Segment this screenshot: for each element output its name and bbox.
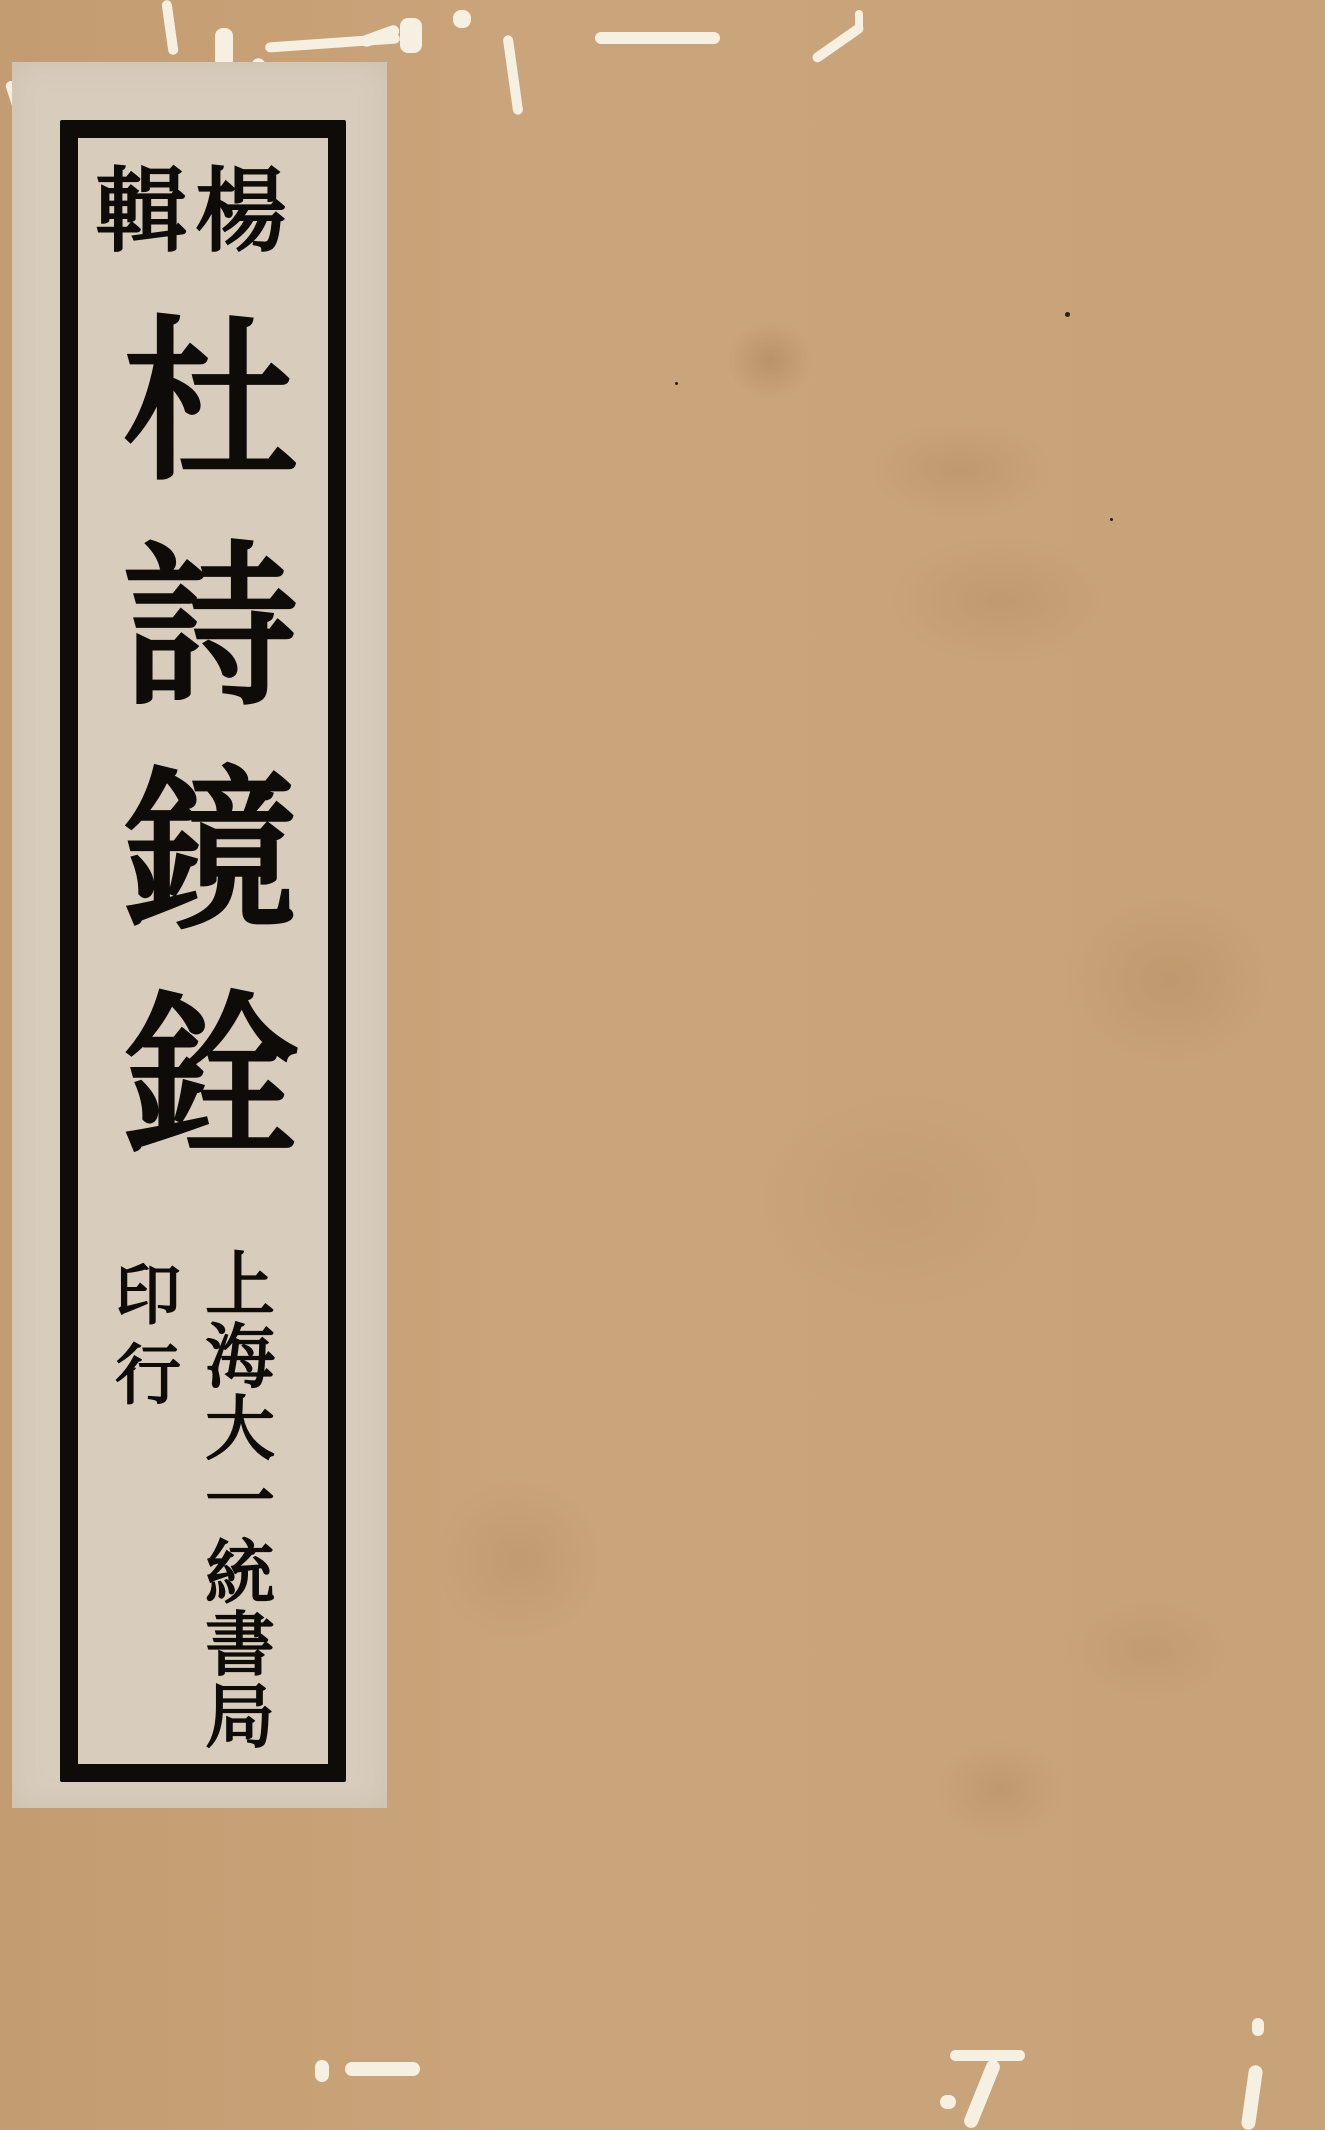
book-title: 杜 詩 鏡 銓 (105, 315, 315, 1165)
title-char: 詩 (123, 540, 298, 715)
tear-mark (940, 2095, 956, 2109)
tear-mark (950, 2050, 1025, 2061)
ink-speck (1065, 312, 1070, 317)
tear-mark (315, 2060, 329, 2082)
tear-mark (400, 18, 422, 53)
tear-mark (1252, 2018, 1264, 2036)
author-line: 楊 輯 (95, 165, 287, 257)
publisher-char: 海 (205, 1322, 275, 1392)
title-char: 鏡 (123, 765, 298, 940)
publisher-char: 統 (205, 1538, 275, 1608)
imprint-char: 行 (115, 1342, 181, 1408)
title-char: 銓 (123, 990, 298, 1165)
tear-mark (453, 10, 471, 28)
tear-mark (345, 2062, 420, 2076)
publisher-char: 書 (205, 1610, 275, 1680)
author-char: 輯 (95, 165, 187, 257)
publisher-char: 局 (205, 1682, 275, 1752)
ink-speck (675, 382, 678, 385)
publisher-char: 一 (205, 1466, 275, 1536)
ink-speck (1110, 518, 1113, 521)
publisher-char: 大 (205, 1394, 275, 1464)
imprint-note: 印 行 (115, 1262, 181, 1408)
title-char: 杜 (123, 315, 298, 490)
tear-mark (595, 32, 720, 44)
publisher-name: 上 海 大 一 統 書 局 (205, 1250, 275, 1752)
imprint-char: 印 (115, 1262, 181, 1328)
author-char: 楊 (195, 165, 287, 257)
publisher-char: 上 (205, 1250, 275, 1320)
tear-mark (855, 10, 863, 32)
